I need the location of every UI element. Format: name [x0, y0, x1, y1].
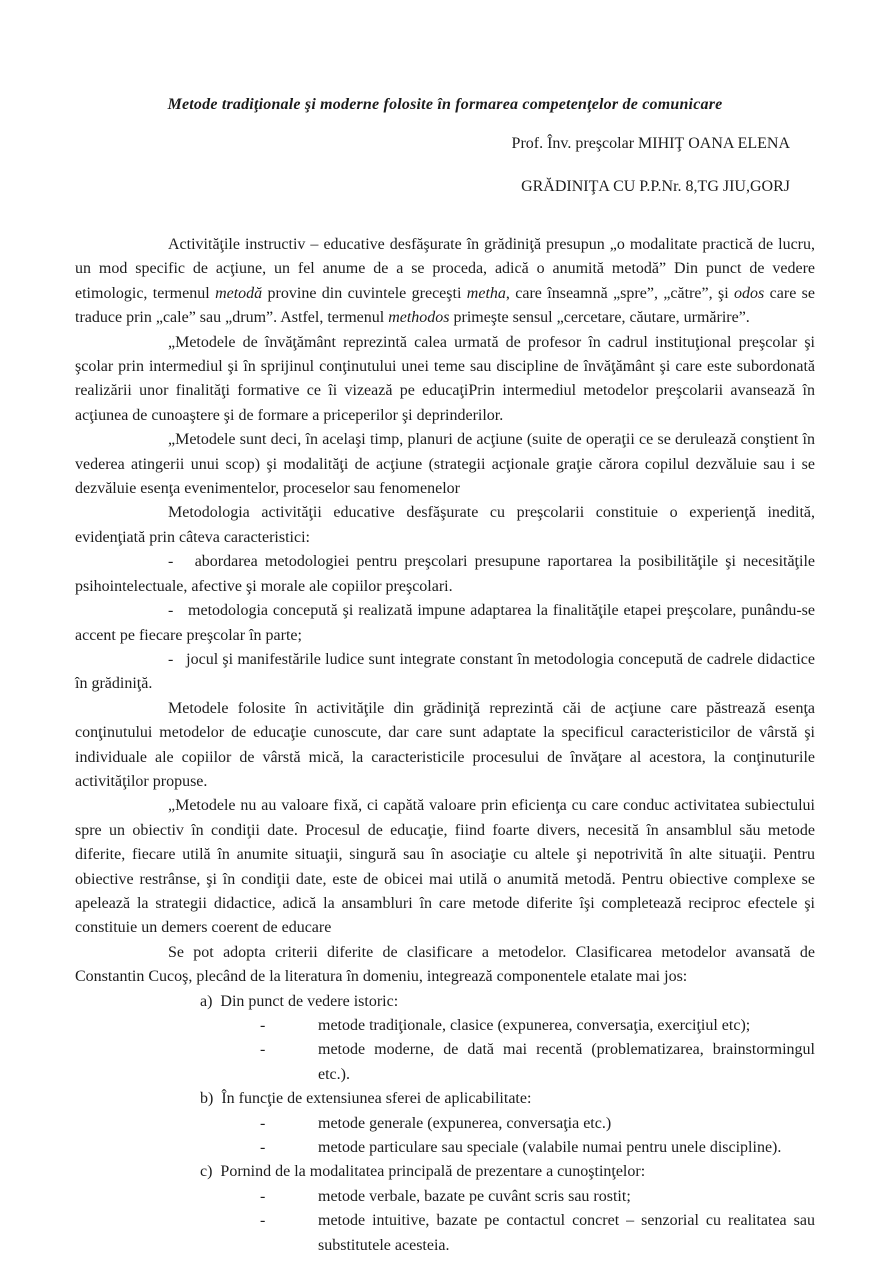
list-item-dash: - metode tradiţionale, clasice (expunere…: [75, 1014, 815, 1038]
dash-bullet: -: [260, 1038, 265, 1062]
list-item-dash: - metode particulare sau speciale (valab…: [75, 1136, 815, 1160]
dash-bullet: -: [260, 1185, 265, 1209]
document-title: Metode tradiţionale şi moderne folosite …: [75, 92, 815, 118]
paragraph: „Metodele sunt deci, în acelaşi timp, pl…: [75, 428, 815, 501]
paragraph: „Metodele de învăţământ reprezintă calea…: [75, 331, 815, 429]
paragraph: Metodologia activităţii educative desfăş…: [75, 501, 815, 550]
institution-line: GRĂDINIŢA CU P.P.Nr. 8,TG JIU,GORJ: [75, 174, 815, 200]
list-item-letter: b) În funcţie de extensiunea sferei de a…: [200, 1087, 815, 1111]
list-item-text: metode tradiţionale, clasice (expunerea,…: [318, 1017, 750, 1034]
dash-bullet: -: [260, 1112, 265, 1136]
list-item-text: metode particulare sau speciale (valabil…: [318, 1139, 781, 1156]
list-item-text: metode intuitive, bazate pe contactul co…: [318, 1212, 815, 1253]
list-item-dash: - metode verbale, bazate pe cuvânt scris…: [75, 1185, 815, 1209]
dash-paragraph: - metodologia concepută şi realizată imp…: [75, 599, 815, 648]
paragraph: Metodele folosite în activităţile din gr…: [75, 697, 815, 795]
paragraph: Se pot adopta criterii diferite de clasi…: [75, 941, 815, 990]
list-item-text: metode generale (expunerea, conversaţia …: [318, 1115, 611, 1132]
list-item-dash: - metode generale (expunerea, conversaţi…: [75, 1112, 815, 1136]
document-body: Activităţile instructiv – educative desf…: [75, 233, 815, 1258]
paragraph: Activităţile instructiv – educative desf…: [75, 233, 815, 331]
list-item-dash: - metode intuitive, bazate pe contactul …: [75, 1209, 815, 1258]
dash-bullet: -: [260, 1136, 265, 1160]
document-page: Metode tradiţionale şi moderne folosite …: [0, 0, 892, 1263]
dash-bullet: -: [260, 1209, 265, 1233]
list-item-letter: c) Pornind de la modalitatea principală …: [200, 1160, 815, 1184]
dash-bullet: -: [260, 1014, 265, 1038]
dash-paragraph: - jocul şi manifestările ludice sunt int…: [75, 648, 815, 697]
paragraph: „Metodele nu au valoare fixă, ci capătă …: [75, 794, 815, 940]
list-item-letter: a) Din punct de vedere istoric:: [200, 990, 815, 1014]
dash-paragraph: - abordarea metodologiei pentru preşcola…: [75, 550, 815, 599]
author-line: Prof. Înv. preşcolar MIHIŢ OANA ELENA: [75, 131, 815, 157]
list-item-dash: - metode moderne, de dată mai recentă (p…: [75, 1038, 815, 1087]
list-item-text: metode moderne, de dată mai recentă (pro…: [318, 1041, 815, 1082]
list-item-text: metode verbale, bazate pe cuvânt scris s…: [318, 1188, 631, 1205]
